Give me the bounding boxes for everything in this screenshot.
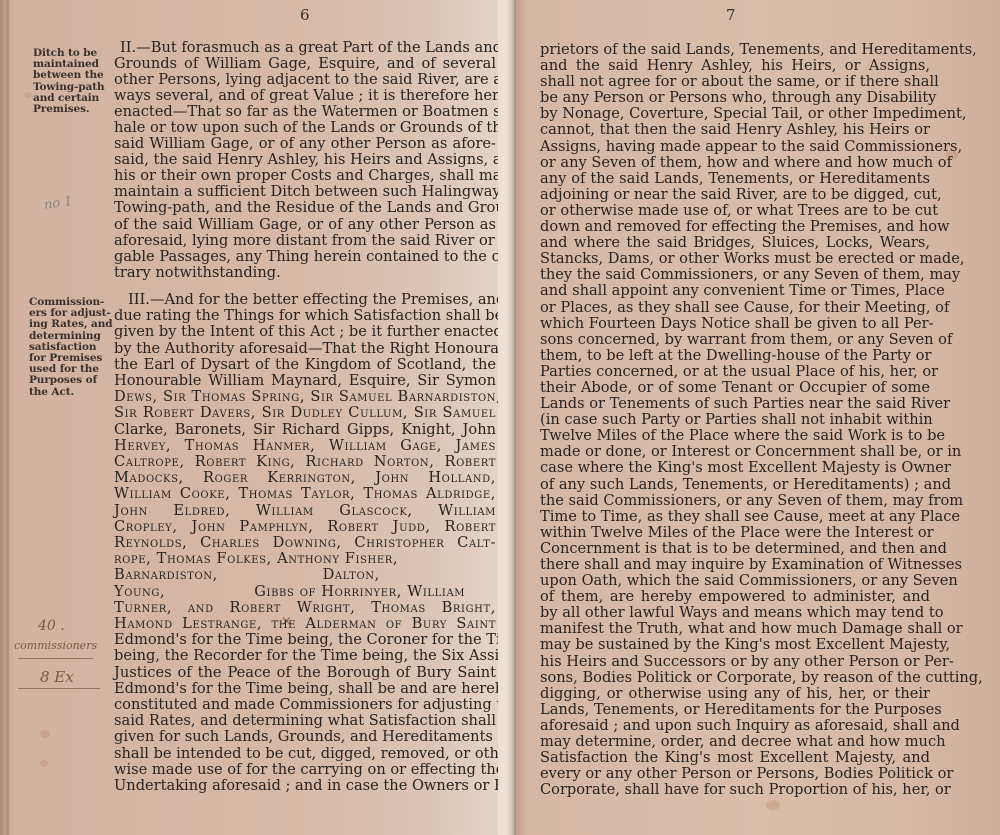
text-line: within Twelve Miles of the Place were th… xyxy=(540,525,930,541)
text-line: adjoining or near the said River, are to… xyxy=(540,187,930,203)
text-line: shall be intended to be cut, digged, rem… xyxy=(114,746,496,762)
margin-note-commissioners: Commission- ers for adjust- ing Rates, a… xyxy=(29,297,113,398)
text-line: of any such Lands, Tenements, or Heredit… xyxy=(540,477,930,493)
section-2-text: II.—But forasmuch as a great Part of the… xyxy=(114,40,496,281)
foxing-stain xyxy=(40,730,50,738)
text-line: hale or tow upon such of the Lands or Gr… xyxy=(114,120,496,136)
text-line: sons, Bodies Politick or Corporate, by r… xyxy=(540,670,930,686)
text-line: constituted and made Commissioners for a… xyxy=(114,697,496,713)
handwritten-ex: 8 Ex xyxy=(40,668,74,686)
text-line: given for such Lands, Grounds, and Hered… xyxy=(114,729,496,745)
text-line: Corporate, shall have for such Proportio… xyxy=(540,782,930,798)
foxing-stain xyxy=(40,760,48,767)
text-line: or otherwise made use of, or what Trees … xyxy=(540,203,930,219)
right-page-text: prietors of the said Lands, Tenements, a… xyxy=(540,42,930,798)
text-line: Hamond Lestrange, the Alderman of Bury S… xyxy=(114,616,496,632)
text-line: being, the Recorder for the Time being, … xyxy=(114,648,496,664)
text-line: said, the said Henry Ashley, his Heirs a… xyxy=(114,152,496,168)
text-line: Dews, Sir Thomas Spring, Sir Samuel Barn… xyxy=(114,389,496,405)
text-line: Satisfaction the King's most Excellent M… xyxy=(540,750,930,766)
text-line: Sir Robert Davers, Sir Dudley Cullum, Si… xyxy=(114,405,496,421)
text-line: which Fourteen Days Notice shall be give… xyxy=(540,316,930,332)
text-line: manifest the Truth, what and how much Da… xyxy=(540,621,930,637)
text-line: Concernment is that is to be determined,… xyxy=(540,541,930,557)
text-line: Cropley, John Pamphlyn, Robert Judd, Rob… xyxy=(114,519,496,535)
text-line: gable Passages, any Thing herein contain… xyxy=(114,249,496,265)
text-line: III.—And for the better effecting the Pr… xyxy=(114,292,496,308)
text-line: Justices of the Peace of the Borough of … xyxy=(114,665,496,681)
text-line: John Eldred, William Glascock, William xyxy=(114,503,496,519)
text-line: Edmond's for the Time being, shall be an… xyxy=(114,681,496,697)
text-line: Lands, Tenements, or Hereditaments for t… xyxy=(540,702,930,718)
text-line: Stancks, Dams, or other Works must be er… xyxy=(540,251,930,267)
text-line: any of the said Lands, Tenements, or Her… xyxy=(540,171,930,187)
text-line: Time to Time, as they shall see Cause, m… xyxy=(540,509,930,525)
text-line: Undertaking aforesaid ; and in case the … xyxy=(114,778,496,794)
text-line: or Places, as they shall see Cause, for … xyxy=(540,300,930,316)
text-line: (in case such Party or Parties shall not… xyxy=(540,412,930,428)
text-line: every or any other Person or Persons, Bo… xyxy=(540,766,930,782)
text-line: may determine, order, and decree what an… xyxy=(540,734,930,750)
text-line: prietors of the said Lands, Tenements, a… xyxy=(540,42,930,58)
text-line: enacted—That so far as the Watermen or B… xyxy=(114,104,496,120)
text-line: or any Seven of them, how and where and … xyxy=(540,155,930,171)
text-line: Parties concerned, or at the usual Place… xyxy=(540,364,930,380)
ink-underline xyxy=(18,658,93,659)
foxing-stain xyxy=(24,92,32,98)
section-3-text: III.—And for the better effecting the Pr… xyxy=(114,292,496,794)
text-line: said William Gage, or of any other Perso… xyxy=(114,136,496,152)
text-line: Reynolds, Charles Downing, Christopher C… xyxy=(114,535,496,551)
text-line: the said Commissioners, or any Seven of … xyxy=(540,493,930,509)
text-line: and shall appoint any convenient Time or… xyxy=(540,283,930,299)
text-line: Assigns, having made appear to the said … xyxy=(540,139,930,155)
text-line: and the said Henry Ashley, his Heirs, or… xyxy=(540,58,930,74)
text-line: may be sustained by the King's most Exce… xyxy=(540,637,930,653)
text-line: them, to be left at the Dwelling-house o… xyxy=(540,348,930,364)
handwritten-word: commissioners xyxy=(14,639,97,652)
left-page: 6 Ditch to be maintained between the Tow… xyxy=(0,0,498,835)
margin-note-ditch: Ditch to be maintained between the Towin… xyxy=(33,48,105,115)
text-line: given by the Intent of this Act ; be it … xyxy=(114,324,496,340)
text-line: the Earl of Dysart of the Kingdom of Sco… xyxy=(114,357,496,373)
text-line: rope, Thomas Folkes, Anthony Fisher, xyxy=(114,551,496,567)
text-line: Twelve Miles of the Place where the said… xyxy=(540,428,930,444)
right-page: 7 prietors of the said Lands, Tenements,… xyxy=(516,0,1000,835)
book-gutter xyxy=(498,0,516,835)
text-line: other Persons, lying adjacent to the sai… xyxy=(114,72,496,88)
text-line: down and removed for effecting the Premi… xyxy=(540,219,930,235)
text-line: of the said William Gage, or of any othe… xyxy=(114,217,496,233)
text-line: his Heirs and Successors or by any other… xyxy=(540,654,930,670)
text-line: case where the King's most Excellent Maj… xyxy=(540,460,930,476)
text-line: their Abode, or of some Tenant or Occupi… xyxy=(540,380,930,396)
text-line: by Nonage, Coverture, Special Tail, or o… xyxy=(540,106,930,122)
text-line: Barnardiston, Dalton, xyxy=(114,567,496,583)
text-line: ways several, and of great Value ; it is… xyxy=(114,88,496,104)
handwritten-count: 40 . xyxy=(38,618,65,634)
text-line: William Cooke, Thomas Taylor, Thomas Ald… xyxy=(114,486,496,502)
text-line: digging, or otherwise using any of his, … xyxy=(540,686,930,702)
page-number: 7 xyxy=(726,6,736,24)
page-number: 6 xyxy=(300,6,310,24)
text-line: by all other lawful Ways and means which… xyxy=(540,605,930,621)
text-line: Lands or Tenements of such Parties near … xyxy=(540,396,930,412)
text-line: Honourable William Maynard, Esquire, Sir… xyxy=(114,373,496,389)
text-line: aforesaid ; and upon such Inquiry as afo… xyxy=(540,718,930,734)
text-line: sons concerned, by warrant from them, or… xyxy=(540,332,930,348)
pencil-annotation: no 1 xyxy=(43,194,73,213)
text-line: said Rates, and determining what Satisfa… xyxy=(114,713,496,729)
text-line: Grounds of William Gage, Esquire, and of… xyxy=(114,56,496,72)
text-line: Young, Gibbs of Horrinyer, William xyxy=(114,584,496,600)
text-line: and where the said Bridges, Sluices, Loc… xyxy=(540,235,930,251)
text-line: upon Oath, which the said Commissioners,… xyxy=(540,573,930,589)
text-line: shall not agree for or about the same, o… xyxy=(540,74,930,90)
text-line: Hervey, Thomas Hanmer, William Gage, Jam… xyxy=(114,438,496,454)
text-line: aforesaid, lying more distant from the s… xyxy=(114,233,496,249)
text-line: maintain a sufficient Ditch between such… xyxy=(114,184,496,200)
ink-underline xyxy=(18,688,100,689)
text-line: II.—But forasmuch as a great Part of the… xyxy=(114,40,496,56)
text-line: Clarke, Baronets, Sir Richard Gipps, Kni… xyxy=(114,422,496,438)
text-line: due rating the Things for which Satisfac… xyxy=(114,308,496,324)
foxing-stain xyxy=(766,800,780,810)
text-line: Caltrope, Robert King, Richard Norton, R… xyxy=(114,454,496,470)
text-line: Madocks, Roger Kerrington, John Holland, xyxy=(114,470,496,486)
text-line: wise made use of for the carrying on or … xyxy=(114,762,496,778)
text-line: made or done, or Interest or Concernment… xyxy=(540,444,930,460)
text-line: be any Person or Persons who, through an… xyxy=(540,90,930,106)
text-line: by the Authority aforesaid—That the Righ… xyxy=(114,341,496,357)
text-line: his or their own proper Costs and Charge… xyxy=(114,168,496,184)
text-line: they the said Commissioners, or any Seve… xyxy=(540,267,930,283)
text-line: Turner, and Robert Wright, Thomas Bright… xyxy=(114,600,496,616)
text-line: trary notwithstanding. xyxy=(114,265,496,281)
text-line: cannot, that then the said Henry Ashley,… xyxy=(540,122,930,138)
text-line: there shall and may inquire by Examinati… xyxy=(540,557,930,573)
text-line: of them, are hereby empowered to adminis… xyxy=(540,589,930,605)
text-line: Edmond's for the Time being, the Coroner… xyxy=(114,632,496,648)
text-line: Towing-path, and the Residue of the Land… xyxy=(114,200,496,216)
